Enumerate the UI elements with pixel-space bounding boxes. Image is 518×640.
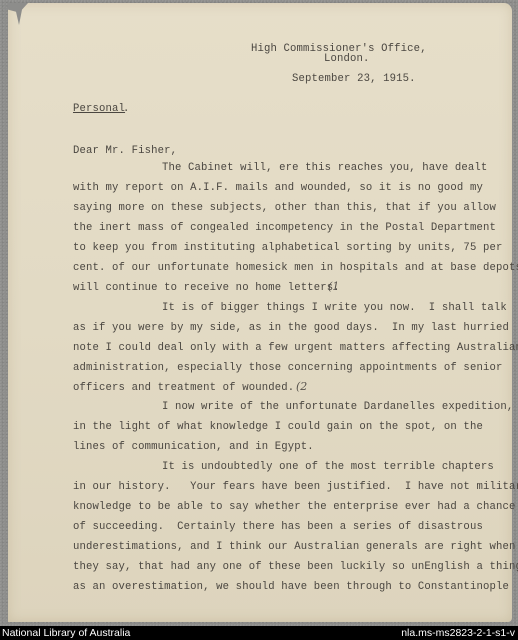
body-line: cent. of our unfortunate homesick men in…: [73, 262, 518, 274]
body-line: administration, especially those concern…: [73, 362, 502, 374]
body-line: The Cabinet will, ere this reaches you, …: [162, 162, 487, 174]
body-line: I now write of the unfortunate Dardanell…: [162, 401, 513, 413]
body-line: of succeeding. Certainly there has been …: [73, 521, 483, 533]
body-line: to keep you from instituting alphabetica…: [73, 242, 502, 254]
personal-marking-label: Personal: [73, 103, 125, 115]
body-line: lines of communication, and in Egypt.: [73, 441, 314, 453]
letterhead-city: London.: [324, 53, 370, 65]
body-line: knowledge to be able to say whether the …: [73, 501, 516, 513]
body-line: the inert mass of congealed incompetency…: [73, 222, 496, 234]
footer-bar: National Library of Australia nla.ms-ms2…: [0, 626, 518, 640]
item-identifier: nla.ms-ms2823-2-1-s1-v: [401, 626, 515, 640]
body-line: will continue to receive no home letters…: [73, 282, 340, 294]
handwritten-note: (1: [328, 280, 339, 293]
body-line: in our history. Your fears have been jus…: [73, 481, 518, 493]
body-line: It is undoubtedly one of the most terrib…: [162, 461, 494, 473]
body-line: underestimations, and I think our Austra…: [73, 541, 516, 553]
institution-name: National Library of Australia: [2, 626, 130, 640]
handwritten-note: (2: [296, 380, 307, 393]
personal-marking-period: .: [123, 103, 130, 115]
body-line: as an overestimation, we should have bee…: [73, 581, 509, 593]
letter-date: September 23, 1915.: [292, 73, 416, 85]
body-line: in the light of what knowledge I could g…: [73, 421, 483, 433]
body-line: as if you were by my side, as in the goo…: [73, 322, 509, 334]
body-line: note I could deal only with a few urgent…: [73, 342, 518, 354]
body-line: saying more on these subjects, other tha…: [73, 202, 496, 214]
body-line: It is of bigger things I write you now. …: [162, 302, 507, 314]
personal-marking: Personal: [73, 103, 125, 115]
body-line: they say, that had any one of these been…: [73, 561, 518, 573]
body-line: officers and treatment of wounded.: [73, 382, 294, 394]
body-line: with my report on A.I.F. mails and wound…: [73, 182, 483, 194]
salutation: Dear Mr. Fisher,: [73, 145, 177, 157]
